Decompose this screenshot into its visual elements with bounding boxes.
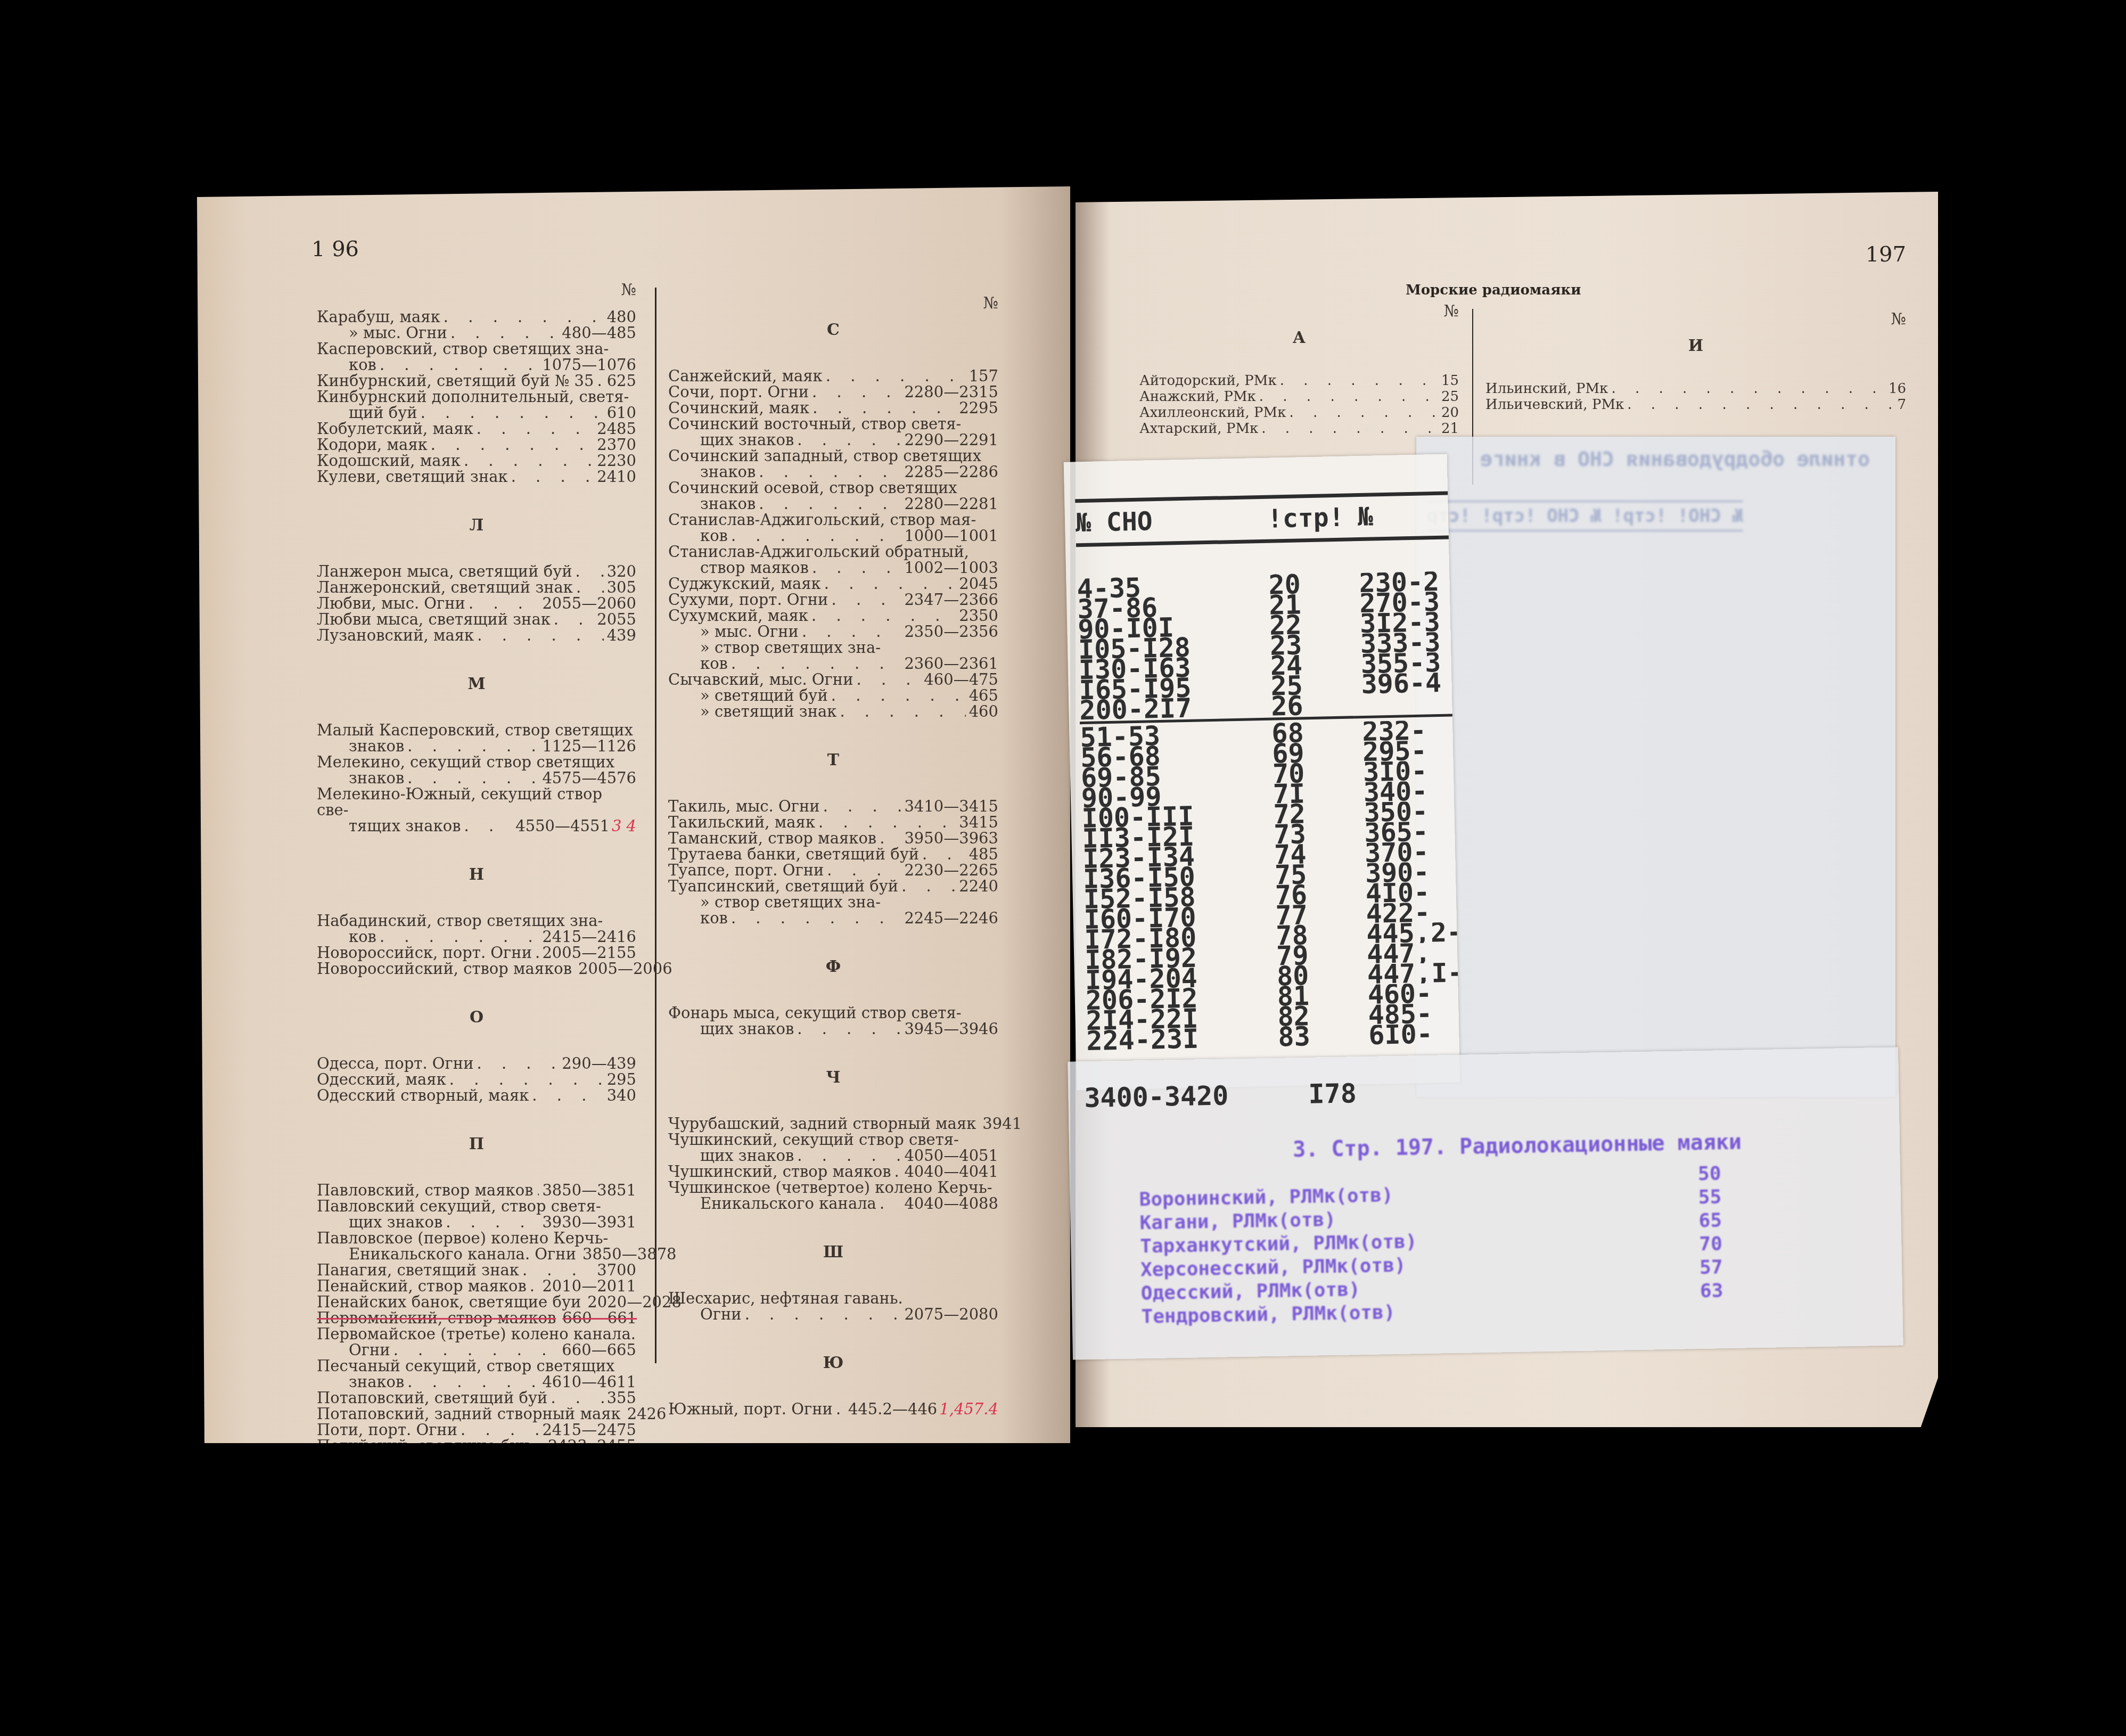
entry-line: Трутаева банки, светящий буй485 <box>668 846 998 862</box>
entry-name: Касперовский, створ светящих зна- <box>317 341 636 357</box>
entry-line: Еникальского канала4040—4088 <box>668 1195 998 1211</box>
leader-dots <box>831 687 966 703</box>
section-letter: И <box>1485 338 1906 354</box>
index-entry: » створ светящих зна-ков2360—2361 <box>668 640 998 672</box>
leader-dots <box>1280 373 1438 389</box>
entry-name-tail: » светящий буй <box>668 687 828 703</box>
entry-line: щий буй610 <box>317 405 636 421</box>
entry-line: Туапсе, порт. Огни2230—2265 <box>668 862 998 878</box>
entry-name-tail: Санжейский, маяк <box>668 368 823 384</box>
entry-name-tail: Огни <box>668 1306 742 1322</box>
typed-cell: 333-3 <box>1360 632 1451 654</box>
entry-number: 2350—2356 <box>904 624 998 640</box>
stamp-heading: 3. Стр. 197. Радиолокационные маяки <box>1293 1130 1742 1162</box>
entry-number: 2347—2366 <box>904 592 998 608</box>
entry-line: Кодори, маяк2370 <box>317 437 636 453</box>
entry-name: Павловский секущий, створ светя- <box>317 1198 636 1214</box>
entry-number: 4050—4051 <box>904 1148 998 1164</box>
typed-cell: 350- <box>1364 800 1455 823</box>
entry-line: Ялтинский, маяк1750 <box>668 1496 998 1512</box>
leader-dots <box>477 1055 559 1071</box>
entry-number: 290—439 <box>562 1055 636 1071</box>
entry-number: 320 <box>607 563 636 579</box>
section-letter: Ф <box>668 959 998 975</box>
entry-name-tail: Потаповский, задний створный маяк <box>317 1406 621 1422</box>
typed-cell: 365- <box>1364 821 1455 843</box>
entry-number: 4575—4576 <box>542 770 636 786</box>
leader-dots <box>1611 381 1885 397</box>
stamp-number: 57 <box>1700 1256 1723 1280</box>
leader-dots <box>856 672 921 687</box>
entry-number: 21 <box>1441 421 1459 437</box>
leader-dots <box>477 421 594 437</box>
entry-name: Песчаный секущий, створ светящих <box>317 1358 636 1374</box>
index-entry: Станислав-Аджигольский, створ мая-ков100… <box>668 512 998 544</box>
entry-number: 305 <box>607 579 636 595</box>
leader-dots <box>818 814 956 830</box>
leader-dots <box>731 656 901 672</box>
entry-line: знаков2280—2281 <box>668 496 998 512</box>
entry-number: 2020—2028 <box>587 1294 682 1310</box>
typed-cell <box>1361 692 1452 715</box>
entry-number: 2415—2416 <box>542 929 636 945</box>
entry-number: 3410—3415 <box>904 798 998 814</box>
entry-number: 2426 <box>627 1406 667 1422</box>
index-entry: Станислав-Аджигольский обратный,створ ма… <box>668 544 998 576</box>
entry-number: 2230 <box>597 453 636 469</box>
entry-line: Кодошский, маяк2230 <box>317 453 636 469</box>
leader-dots <box>1259 389 1438 405</box>
entry-number: 3850—3851 <box>542 1182 636 1198</box>
entry-name-tail: Одесский створный, маяк <box>317 1087 529 1103</box>
entry-line: Огни2075—2080 <box>668 1306 998 1322</box>
entry-name-tail: Пенайский, створ маяков <box>317 1278 527 1294</box>
index-entry: Панагия, светящий знак3700 <box>317 1262 636 1278</box>
entry-name-tail: Ялтинский, маяк <box>668 1496 809 1512</box>
entry-number: 625 <box>607 373 636 389</box>
column-header-number: № <box>1485 312 1906 327</box>
index-entry: Суджукский, маяк2045 <box>668 576 998 592</box>
entry-line: Потийский, светящие буи2423, 2455 <box>317 1438 636 1454</box>
entry-name-tail: ков <box>668 910 728 926</box>
entry-name-tail: Кинбурнский, светящий буй № 35 <box>317 373 594 389</box>
entry-number: 2290—2291 <box>904 432 998 448</box>
entry-line: Сочинский, маяк2295 <box>668 400 998 416</box>
entry-number: 460 <box>969 703 998 719</box>
entry-name-tail: Такильский, маяк <box>668 814 815 830</box>
entry-name-tail: Такиль, мыс. Огни <box>668 798 820 814</box>
entry-number: 20 <box>1441 405 1459 421</box>
entry-number: 2055—2060 <box>542 595 636 611</box>
leader-dots <box>1261 421 1438 437</box>
entry-number: 660—665 <box>562 1342 636 1358</box>
handwritten-correction: 3 4 <box>612 818 636 834</box>
entry-line: ков1000—1001 <box>668 528 998 544</box>
entry-name-tail: Первомайский, створ маяков <box>317 1310 556 1326</box>
entry-name-tail: Поти, порт. Огни <box>317 1422 457 1438</box>
entry-number: 25 <box>1441 389 1459 405</box>
index-entry: Павловский, створ маяков3850—3851 <box>317 1182 636 1198</box>
entry-name: Фонарь мыса, секущий створ светя- <box>668 1005 998 1021</box>
index-entry: Кулеви, светящий знак2410 <box>317 469 636 485</box>
section-letter: А <box>1139 330 1459 346</box>
typed-cell: 422- <box>1366 902 1457 924</box>
entry-number: 1125—1126 <box>542 738 636 754</box>
entry-number: 295 <box>607 1071 636 1087</box>
index-entry: Ланжеронский, светящий знак305 <box>317 579 636 595</box>
entry-number: 2423, 2455 <box>548 1438 636 1454</box>
typed-cell: 370- <box>1365 841 1456 863</box>
index-column-1: №Карабуш, маяк480» мыс. Огни480—485Каспе… <box>317 282 636 1454</box>
index-entry: Чушкинский, секущий створ светя-щих знак… <box>668 1132 998 1164</box>
entry-line: Ахиллеонский, РМк20 <box>1139 405 1459 421</box>
entry-line: » светящий знак460 <box>668 703 998 719</box>
index-entry: Туапсе, порт. Огни2230—2265 <box>668 862 998 878</box>
leader-dots <box>731 910 901 926</box>
section-letter: Л <box>317 518 636 534</box>
entry-line: щих знаков3945—3946 <box>668 1021 998 1037</box>
entry-line: Панагия, светящий знак3700 <box>317 1262 636 1278</box>
index-entry: Касперовский, створ светящих зна-ков1075… <box>317 341 636 373</box>
section-letter: П <box>317 1136 636 1152</box>
index-entry: Южный, порт. Огни445.2—4461,457.4 <box>668 1401 998 1417</box>
leader-dots <box>380 357 539 373</box>
entry-line: Сухумский, маяк2350 <box>668 608 998 624</box>
section-letter: О <box>317 1010 636 1026</box>
entry-line: Такиль, мыс. Огни3410—3415 <box>668 798 998 814</box>
leader-dots <box>477 627 603 643</box>
index-entry: Мелекино-Южный, секущий створ све-тящих … <box>317 786 636 834</box>
index-entry: Потаповский, светящий буй355 <box>317 1390 636 1406</box>
index-entry: Сочинский западный, створ светящихзнаков… <box>668 448 998 480</box>
entry-name-tail: Пенайских банок, светящие буи <box>317 1294 581 1310</box>
index-entry: Ланжерон мыса, светящий буй320 <box>317 563 636 579</box>
entry-number: 2005—2155 <box>542 945 636 961</box>
inserted-typed-slip: № СНО !стр! № 4-3520230-237-8621270-390-… <box>1064 454 1460 1091</box>
index-entry: » створ светящих зна-ков2245—2246 <box>668 894 998 926</box>
entry-line: Анажский, РМк25 <box>1139 389 1459 405</box>
index-entry: Ахтарский, РМк21 <box>1139 421 1459 437</box>
entry-number: 3945—3946 <box>904 1021 998 1037</box>
entry-number: 2075—2080 <box>904 1306 998 1322</box>
entry-name-tail: Ланжерон мыса, светящий буй <box>317 563 572 579</box>
section-letter: Н <box>317 867 636 883</box>
index-entry: Кодошский, маяк2230 <box>317 453 636 469</box>
entry-name-tail: Лузановский, маяк <box>317 627 474 643</box>
index-entry: Таманский, створ маяков3950—3963 <box>668 830 998 846</box>
entry-number: 465 <box>969 687 998 703</box>
entry-name-tail: щих знаков <box>668 1021 794 1037</box>
entry-number: 3415 <box>959 814 998 830</box>
entry-name-tail: Новороссийский, створ маяков <box>317 961 572 977</box>
index-entry: Пенайских банок, светящие буи2020—2028 <box>317 1294 636 1310</box>
entry-number: 2055 <box>597 611 636 627</box>
entry-line: Одесса, порт. Огни290—439 <box>317 1055 636 1071</box>
entry-name-tail: ков <box>668 656 728 672</box>
index-entry: Сочи, порт. Огни2280—2315 <box>668 384 998 400</box>
entry-name-tail: Любви, мыс. Огни <box>317 595 465 611</box>
entry-number: 2285—2286 <box>904 464 998 480</box>
header-page: !стр! <box>1267 502 1358 534</box>
index-column-2: №ССанжейский, маяк157Сочи, порт. Огни228… <box>668 296 998 1512</box>
entry-name-tail: Южный, порт. Огни <box>668 1401 833 1417</box>
entry-name: Станислав-Аджигольский обратный, <box>668 544 998 560</box>
entry-name: Кинбурнский дополнительный, светя- <box>317 389 636 405</box>
entry-name-tail: знаков <box>668 464 756 480</box>
entry-line: щих знаков3930—3931 <box>317 1214 636 1230</box>
entry-line: Потаповский, задний створный маяк2426 <box>317 1406 636 1422</box>
entry-line: ков2415—2416 <box>317 929 636 945</box>
index-entry: Шесхарис, нефтяная гавань.Огни2075—2080 <box>668 1290 998 1322</box>
entry-line: знаков1125—1126 <box>317 738 636 754</box>
entry-line: Таманский, створ маяков3950—3963 <box>668 830 998 846</box>
entry-name-tail: щих знаков <box>668 432 794 448</box>
typed-table-header: № СНО !стр! № <box>1075 492 1449 547</box>
index-entry: Чушкинское (четвертое) колено Керчь-Еник… <box>668 1180 998 1211</box>
entry-name-tail: Павловский, створ маяков <box>317 1182 533 1198</box>
entry-line: Санжейский, маяк157 <box>668 368 998 384</box>
entry-number: 2245—2246 <box>904 910 998 926</box>
typed-cell: 390- <box>1365 861 1456 883</box>
entry-number: 2240 <box>959 878 998 894</box>
entry-number: 340 <box>607 1087 636 1103</box>
inserted-slip-back: отниле ободрудования СНО в книге № СНО! … <box>1416 437 1895 1097</box>
leader-dots <box>421 405 604 421</box>
entry-number: 3850—3878 <box>582 1246 677 1262</box>
leader-dots <box>511 469 594 485</box>
entry-name: Шесхарис, нефтяная гавань. <box>668 1290 998 1306</box>
entry-line: Ланжеронский, светящий знак305 <box>317 579 636 595</box>
entry-name-tail: » мыс. Огни <box>668 624 799 640</box>
index-entry: Одесский створный, маяк340 <box>317 1087 636 1103</box>
index-entry: Набадинский, створ светящих зна-ков2415—… <box>317 913 636 945</box>
entry-line: » мыс. Огни480—485 <box>317 325 636 341</box>
entry-number: 7 <box>1897 397 1906 413</box>
index-entry: Павловское (первое) колено Керчь-Еникаль… <box>317 1230 636 1262</box>
entry-number: 1750 <box>959 1496 998 1512</box>
entry-number: 4040—4041 <box>904 1164 998 1180</box>
leader-dots <box>745 1306 901 1322</box>
entry-line: Любви мыса, светящий знак2055 <box>317 611 636 627</box>
entry-name-tail: ков <box>317 357 376 373</box>
leader-dots <box>823 798 901 814</box>
entry-name-tail: ков <box>317 929 376 945</box>
leader-dots <box>530 1278 539 1294</box>
entry-line: Ахтарский, РМк21 <box>1139 421 1459 437</box>
entry-name-tail: Сухуми, порт. Огни <box>668 592 828 608</box>
leader-dots <box>824 576 956 592</box>
entry-line: Ильичевский, РМк7 <box>1485 397 1906 413</box>
stamp-number: 50 <box>1698 1162 1721 1186</box>
leader-dots <box>826 368 966 384</box>
open-book: 1 96 №Карабуш, маяк480» мыс. Огни480—485… <box>0 0 2126 1736</box>
leader-dots <box>797 1148 901 1164</box>
typed-cell: 447, <box>1367 942 1458 964</box>
stamp-line: Тендровский, РЛМк(отв) <box>1141 1300 1418 1329</box>
leader-dots <box>836 1401 845 1417</box>
index-entry: Потийский, светящие буи2423, 2455 <box>317 1438 636 1454</box>
entry-name-tail: Туапсе, порт. Огни <box>668 862 824 878</box>
entry-name-tail: Сочинский, маяк <box>668 400 809 416</box>
entry-name: Набадинский, створ светящих зна- <box>317 913 636 929</box>
entry-number: 2230—2265 <box>904 862 998 878</box>
entry-name-tail: Потийский, светящие буи <box>317 1438 530 1454</box>
typed-block-1: 4-3520230-237-8621270-390-I0I223I2-3I05-… <box>1077 571 1452 721</box>
entry-line: Лузановский, маяк439 <box>317 627 636 643</box>
index-entry: Сухумский, маяк2350 <box>668 608 998 624</box>
typed-cell: 460- <box>1367 982 1458 1005</box>
section-letter: Ю <box>668 1355 998 1371</box>
entry-line: Одесский, маяк295 <box>317 1071 636 1087</box>
leader-dots <box>554 611 594 627</box>
entry-line: ков1075—1076 <box>317 357 636 373</box>
index-entry: Одесский, маяк295 <box>317 1071 636 1087</box>
index-entry: Ахиллеонский, РМк20 <box>1139 405 1459 421</box>
entry-name-tail: Трутаева банки, светящий буй <box>668 846 919 862</box>
entry-number: 4610—4611 <box>542 1374 636 1390</box>
leader-dots <box>827 862 901 878</box>
entry-name: Чушкинский, секущий створ светя- <box>668 1132 998 1148</box>
entry-name-tail: щих знаков <box>668 1148 794 1164</box>
entry-line: Кулеви, светящий знак2410 <box>317 469 636 485</box>
leader-dots <box>576 579 604 595</box>
leader-dots <box>812 560 901 576</box>
footer-range: 3400-3420 <box>1084 1080 1229 1113</box>
entry-line: Ланжерон мыса, светящий буй320 <box>317 563 636 579</box>
typed-cell: 355-3 <box>1360 652 1451 675</box>
entry-name-tail: » светящий знак <box>668 703 836 719</box>
index-entry: » светящий буй465 <box>668 687 998 703</box>
entry-number: 2280—2281 <box>904 496 998 512</box>
section-title: Морские радиомаяки <box>1406 282 1581 298</box>
header-sno: № СНО <box>1076 504 1268 538</box>
entry-line: Айтодорский, РМк15 <box>1139 373 1459 389</box>
entry-name-tail: Еникальского канала. Огни <box>317 1246 576 1262</box>
entry-line: Павловский, створ маяков3850—3851 <box>317 1182 636 1198</box>
entry-line: тящих знаков4550—45513 4 <box>317 818 636 834</box>
entry-number: 439 <box>607 627 636 643</box>
inserted-stamp-slip: 3400-3420 I78 3. Стр. 197. Радиолокацион… <box>1068 1047 1903 1360</box>
column-header-number: № <box>1139 304 1459 320</box>
index-entry: Любви мыса, светящий знак2055 <box>317 611 636 627</box>
entry-number: 2370 <box>597 437 636 453</box>
entry-name-tail: Сухумский, маяк <box>668 608 808 624</box>
entry-line: » светящий буй465 <box>668 687 998 703</box>
entry-number: 445.2—446 <box>848 1401 937 1417</box>
typed-row: 224-23I836I0- <box>1086 1023 1459 1051</box>
entry-number: 610 <box>607 405 636 421</box>
typed-cell: 396-4 <box>1361 673 1452 695</box>
entry-name-tail: Анажский, РМк <box>1139 389 1256 405</box>
leader-dots <box>446 1214 539 1230</box>
entry-name-tail: Карабуш, маяк <box>317 309 440 325</box>
entry-number: 157 <box>969 368 998 384</box>
stamp-number: 63 <box>1700 1279 1723 1303</box>
entry-name-tail: щий буй <box>317 405 417 421</box>
entry-number: 2010—2011 <box>542 1278 636 1294</box>
entry-name-tail: Туапсинский, светящий буй <box>668 878 898 894</box>
index-entry: Такиль, мыс. Огни3410—3415 <box>668 798 998 814</box>
entry-number: 15 <box>1441 373 1459 389</box>
stamp-line: Херсонесский, РЛМк(отв) <box>1140 1254 1418 1282</box>
index-entry: Санжейский, маяк157 <box>668 368 998 384</box>
index-entry: » светящий знак460 <box>668 703 998 719</box>
leader-dots <box>880 1195 901 1211</box>
entry-name: Мелекино-Южный, секущий створ све- <box>317 786 636 818</box>
entry-number: 2360—2361 <box>904 656 998 672</box>
entry-name-tail: Ильинский, РМк <box>1485 381 1608 397</box>
entry-number: 3700 <box>597 1262 636 1278</box>
index-entry: Новороссийск, порт. Огни2005—2155 <box>317 945 636 961</box>
handwritten-correction: 1,457.4 <box>939 1401 998 1417</box>
leader-dots <box>1289 405 1438 421</box>
typed-cell: 445,2- <box>1366 922 1457 944</box>
leader-dots <box>407 1374 539 1390</box>
leader-dots <box>759 464 901 480</box>
index-entry: Трутаева банки, светящий буй485 <box>668 846 998 862</box>
entry-name-tail: Одесса, порт. Огни <box>317 1055 473 1071</box>
entry-line: Еникальского канала. Огни3850—3878 <box>317 1246 636 1262</box>
entry-line: Пенайский, створ маяков2010—2011 <box>317 1278 636 1294</box>
typed-cell: 340- <box>1363 780 1454 803</box>
index-entry: Песчаный секущий, створ светящихзнаков46… <box>317 1358 636 1390</box>
entry-name-tail: Потаповский, светящий буй <box>317 1390 547 1406</box>
entry-number: 485 <box>969 846 998 862</box>
entry-name-tail: Любви мыса, светящий знак <box>317 611 551 627</box>
section-letter: Т <box>668 752 998 768</box>
entry-name: Чушкинское (четвертое) колено Керчь- <box>668 1180 998 1195</box>
index-entry: Кобулетский, маяк2485 <box>317 421 636 437</box>
entry-name-tail: Суджукский, маяк <box>668 576 821 592</box>
index-entry: Потаповский, задний створный маяк2426 <box>317 1406 636 1422</box>
leader-dots <box>831 592 901 608</box>
entry-number: 355 <box>607 1390 636 1406</box>
column-divider <box>655 288 656 1363</box>
entry-name-tail: знаков <box>668 496 756 512</box>
entry-number: 2295 <box>959 400 998 416</box>
leader-dots <box>812 400 956 416</box>
leader-dots <box>901 878 956 894</box>
entry-number: 2280—2315 <box>904 384 998 400</box>
index-entry: Поти, порт. Огни2415—2475 <box>317 1422 636 1438</box>
index-entry: Ялтинский, маяк1750 <box>668 1496 998 1512</box>
leader-dots <box>797 432 901 448</box>
mirrored-columns: № СНО! !стр! № СНО !стр! !стр <box>1427 501 1743 531</box>
entry-name-tail: Ланжеронский, светящий знак <box>317 579 573 595</box>
entry-line: » мыс. Огни2350—2356 <box>668 624 998 640</box>
entry-number: 480—485 <box>562 325 636 341</box>
index-entry: Сочинский, маяк2295 <box>668 400 998 416</box>
page-number: 1 96 <box>311 237 359 261</box>
entry-number: 3950—3963 <box>904 830 998 846</box>
entry-name-tail: Ахтарский, РМк <box>1139 421 1258 437</box>
typed-cell: 232- <box>1362 719 1453 742</box>
entry-number: 1075—1076 <box>542 357 636 373</box>
typed-cell: 224-23I <box>1086 1027 1278 1051</box>
entry-name: Сочинский осевой, створ светящих <box>668 480 998 496</box>
leader-dots <box>461 1422 539 1438</box>
leader-dots <box>1627 397 1894 413</box>
entry-line: Любви, мыс. Огни2055—2060 <box>317 595 636 611</box>
entry-name: Малый Касперовский, створ светящих <box>317 722 636 738</box>
mirrored-header-text: отниле ободрудования СНО в книге <box>1480 447 1870 471</box>
entry-line: Кобулетский, маяк2485 <box>317 421 636 437</box>
entry-name-tail: Сычавский, мыс. Огни <box>668 672 853 687</box>
index-entry: Лузановский, маяк439 <box>317 627 636 643</box>
entry-name-tail: щих знаков <box>317 1214 442 1230</box>
leader-dots <box>894 1164 901 1180</box>
section-letter: Ш <box>668 1244 998 1260</box>
